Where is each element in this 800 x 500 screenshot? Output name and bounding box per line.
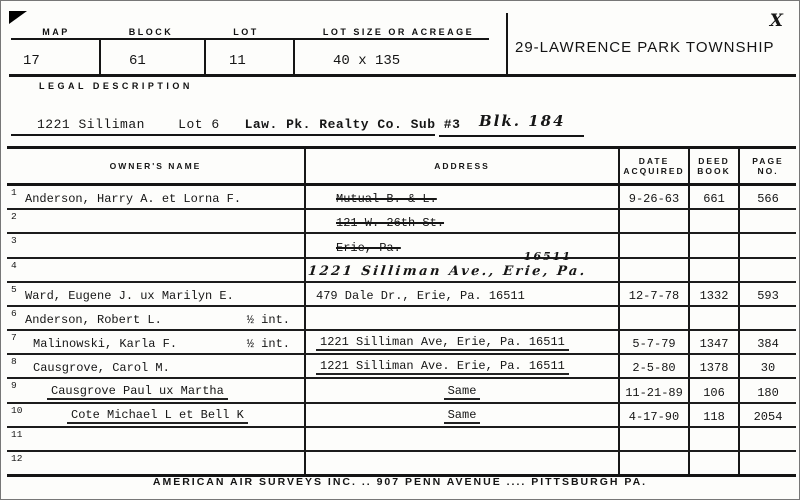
owner-name: Anderson, Robert L. bbox=[25, 313, 162, 327]
owner-name: Anderson, Harry A. et Lorna F. bbox=[25, 192, 241, 206]
corner-fold-mark bbox=[9, 11, 27, 24]
block-value: 61 bbox=[129, 53, 146, 69]
row-number: 8 bbox=[11, 355, 25, 367]
page-no: 566 bbox=[738, 186, 796, 208]
table-row: 10Cote Michael L et Bell K Same 4-17-90 … bbox=[7, 404, 796, 428]
table-header-row: OWNER'S NAME ADDRESS DATE ACQUIRED DEED … bbox=[7, 149, 796, 186]
table-row: 12 bbox=[7, 452, 796, 474]
township-title: 29-LAWRENCE PARK TOWNSHIP bbox=[515, 39, 775, 56]
table-row: 11 bbox=[7, 428, 796, 452]
row-number: 6 bbox=[11, 307, 25, 319]
legal-description-label: LEGAL DESCRIPTION bbox=[39, 81, 239, 91]
lot-value: 11 bbox=[229, 53, 246, 69]
owner-address: 1221 Silliman Ave, Erie, Pa. 16511 bbox=[316, 335, 569, 351]
owner-name: Causgrove Paul ux Martha bbox=[47, 384, 228, 400]
address-header: ADDRESS bbox=[304, 149, 618, 183]
row-number: 3 bbox=[11, 234, 25, 246]
page-no-header: PAGE NO. bbox=[738, 149, 796, 183]
table-row: 9Causgrove Paul ux Martha Same 11-21-89 … bbox=[7, 379, 796, 403]
row-number: 1 bbox=[11, 186, 25, 198]
deed-book: 661 bbox=[688, 186, 738, 208]
date-acquired-header: DATE ACQUIRED bbox=[618, 149, 688, 183]
header-bottom-rule bbox=[9, 74, 796, 77]
lot-size-value: 40 x 135 bbox=[333, 53, 400, 69]
date-acquired: 12-7-78 bbox=[618, 283, 688, 305]
owner-address: Erie, Pa. bbox=[336, 241, 401, 255]
deed-book: 1347 bbox=[688, 331, 738, 353]
table-row: 6Anderson, Robert L.½ int. bbox=[7, 307, 796, 331]
owner-address: 1221 Silliman Ave. Erie, Pa. 16511 bbox=[316, 359, 569, 375]
table-row: 4 1221 Silliman Ave., Erie, Pa. 16511 bbox=[7, 259, 796, 283]
date-acquired: 9-26-63 bbox=[618, 186, 688, 208]
owner-address: 121 W. 26th St. bbox=[336, 216, 444, 230]
row-number: 5 bbox=[11, 283, 25, 295]
row-number: 4 bbox=[11, 259, 25, 271]
table-row: 1Anderson, Harry A. et Lorna F. Mutual B… bbox=[7, 186, 796, 210]
handwritten-x-mark: X bbox=[770, 11, 783, 31]
owner-address-handwritten: 1221 Silliman Ave., Erie, Pa. bbox=[307, 264, 587, 279]
header-divider-1 bbox=[99, 40, 101, 74]
legal-block-handwritten: Blk. 184 bbox=[479, 112, 566, 130]
handwritten-zip: 16511 bbox=[524, 250, 572, 263]
table-row: 7Malinowski, Karla F.½ int. 1221 Sillima… bbox=[7, 331, 796, 355]
row-number: 12 bbox=[11, 452, 25, 464]
legal-description-line: 1221 Silliman Lot 6 Law. Pk. Realty Co. … bbox=[37, 117, 460, 132]
date-acquired: 2-5-80 bbox=[618, 355, 688, 377]
row-number: 7 bbox=[11, 331, 25, 343]
date-acquired: 4-17-90 bbox=[618, 404, 688, 426]
owner-address: 479 Dale Dr., Erie, Pa. 16511 bbox=[316, 289, 525, 303]
deed-book-header: DEED BOOK bbox=[688, 149, 738, 183]
owner-name: Ward, Eugene J. ux Marilyn E. bbox=[25, 289, 234, 303]
table-row: 5Ward, Eugene J. ux Marilyn E. 479 Dale … bbox=[7, 283, 796, 307]
legal-underline-1 bbox=[11, 134, 435, 136]
page-no: 593 bbox=[738, 283, 796, 305]
legal-address: 1221 Silliman bbox=[37, 117, 145, 132]
property-record-card: X MAP BLOCK LOT LOT SIZE OR ACREAGE 17 6… bbox=[0, 0, 800, 500]
block-label: BLOCK bbox=[116, 27, 186, 37]
row-number: 9 bbox=[11, 379, 25, 391]
page-no: 384 bbox=[738, 331, 796, 353]
owner-name-header: OWNER'S NAME bbox=[7, 149, 304, 183]
lot-label: LOT bbox=[216, 27, 276, 37]
owner-name: Causgrove, Carol M. bbox=[33, 361, 170, 375]
page-no: 180 bbox=[738, 379, 796, 401]
deed-book: 1332 bbox=[688, 283, 738, 305]
deed-book: 1378 bbox=[688, 355, 738, 377]
ownership-table: OWNER'S NAME ADDRESS DATE ACQUIRED DEED … bbox=[7, 146, 796, 477]
row-number: 11 bbox=[11, 428, 25, 440]
header-label-rule bbox=[11, 38, 489, 40]
map-value: 17 bbox=[23, 53, 40, 69]
date-acquired: 5-7-79 bbox=[618, 331, 688, 353]
surveyor-footer: AMERICAN AIR SURVEYS INC. .. 907 PENN AV… bbox=[1, 476, 799, 488]
lot-size-label: LOT SIZE OR ACREAGE bbox=[316, 27, 481, 37]
owner-name: Cote Michael L et Bell K bbox=[67, 408, 248, 424]
row-number: 10 bbox=[11, 404, 25, 416]
deed-book: 106 bbox=[688, 379, 738, 401]
township-divider bbox=[506, 13, 508, 74]
deed-book: 118 bbox=[688, 404, 738, 426]
header-divider-2 bbox=[204, 40, 206, 74]
table-row: 2 121 W. 26th St. bbox=[7, 210, 796, 234]
ownership-share: ½ int. bbox=[247, 337, 290, 351]
owner-address: Same bbox=[444, 408, 481, 424]
table-row: 8Causgrove, Carol M. 1221 Silliman Ave. … bbox=[7, 355, 796, 379]
header-divider-3 bbox=[293, 40, 295, 74]
legal-subdivision: Law. Pk. Realty Co. Sub #3 bbox=[245, 117, 461, 132]
legal-underline-2 bbox=[439, 135, 584, 137]
row-number: 2 bbox=[11, 210, 25, 222]
page-no: 30 bbox=[738, 355, 796, 377]
owner-name: Malinowski, Karla F. bbox=[33, 337, 177, 351]
date-acquired: 11-21-89 bbox=[618, 379, 688, 401]
owner-address: Mutual B. & L. bbox=[336, 192, 437, 206]
map-label: MAP bbox=[26, 27, 86, 37]
legal-lot: Lot 6 bbox=[178, 117, 220, 132]
page-no: 2054 bbox=[738, 404, 796, 426]
owner-address: Same bbox=[444, 384, 481, 400]
table-row: 3 Erie, Pa. bbox=[7, 234, 796, 258]
ownership-share: ½ int. bbox=[247, 313, 290, 327]
